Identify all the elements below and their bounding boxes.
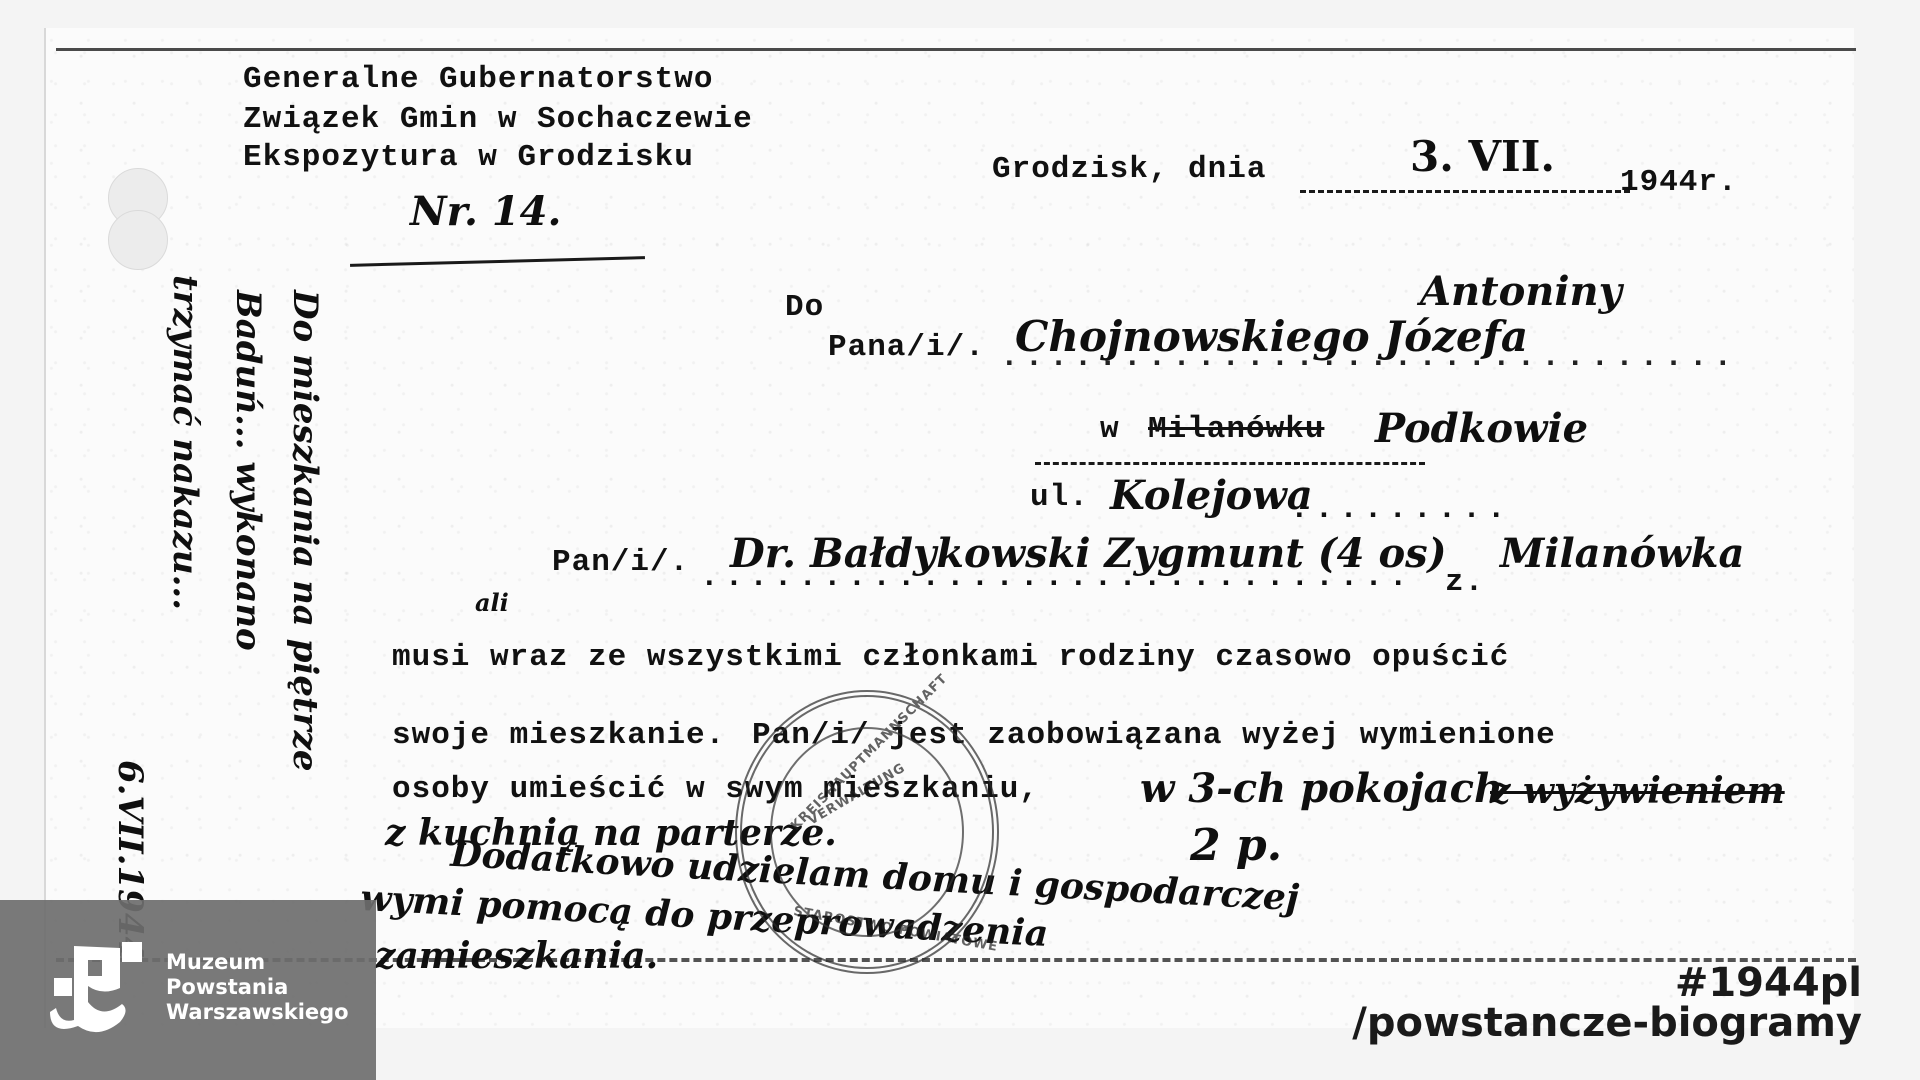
to-label: Do — [785, 290, 824, 325]
city-handwritten: Podkowie — [1375, 405, 1588, 452]
city-struck: Milanówku — [1148, 412, 1324, 447]
header-line-1: Generalne Gubernatorstwo — [243, 62, 713, 97]
addressee-name-correction: Antoniny — [1420, 268, 1622, 315]
body-pan-label: Pan/i/. — [552, 545, 689, 580]
place-label: Grodzisk, dnia — [992, 152, 1266, 187]
insert-above: ali — [475, 588, 509, 617]
date-handwritten: 3. VII. — [1410, 132, 1555, 181]
margin-note-1: Do mieszkania na piętrze — [285, 290, 325, 772]
body-line-2a: swoje mieszkanie. — [392, 718, 725, 753]
paper-top-edge — [56, 48, 1856, 51]
addressee-name: Chojnowskiego Józefa — [1015, 312, 1528, 361]
person-handwritten: Dr. Bałdykowski Zygmunt (4 os) — [730, 530, 1447, 577]
from-handwritten: Milanówka — [1500, 530, 1744, 577]
museum-name: Muzeum Powstania Warszawskiego — [166, 950, 349, 1025]
addressee-pan-label: Pana/i/. — [828, 330, 985, 365]
punch-hole — [108, 210, 168, 270]
museum-name-line-3: Warszawskiego — [166, 1000, 349, 1025]
street-handwritten: Kolejowa — [1110, 472, 1313, 519]
body-line-3-struck: z wyżywieniem — [1490, 770, 1785, 812]
document-number: Nr. 14. — [410, 188, 561, 235]
year-label: 1944r. — [1620, 165, 1738, 200]
city-line — [1035, 462, 1425, 465]
paper-left-edge — [44, 28, 46, 1028]
handwritten-line-4: zamieszkania. — [375, 935, 658, 977]
header-line-2: Związek Gmin w Sochaczewie — [243, 102, 753, 137]
date-line — [1300, 190, 1630, 193]
official-stamp: KREISHAUPTMANNSCHAFT VERWALTUNG STAROSTW… — [735, 690, 999, 974]
biograms-path-label: /powstancze-biogramy — [1352, 1000, 1862, 1046]
margin-note-2: Baduń... wykonano — [228, 290, 268, 651]
street-dotted-line: ......... — [1290, 492, 1511, 527]
kotwica-anchor-icon — [50, 940, 145, 1040]
margin-note-3: trzymać nakazu... — [165, 275, 205, 610]
handwritten-note: 2 p. — [1190, 820, 1282, 871]
body-line-1: musi wraz ze wszystkimi członkami rodzin… — [392, 640, 1509, 675]
city-prefix: w — [1100, 412, 1120, 447]
body-line-3-handwritten: w 3-ch pokojach — [1140, 765, 1503, 812]
museum-name-line-1: Muzeum — [166, 950, 349, 975]
street-prefix: ul. — [1030, 480, 1089, 515]
museum-name-line-2: Powstania — [166, 975, 349, 1000]
from-prefix: z. — [1445, 565, 1484, 600]
header-line-3: Ekspozytura w Grodzisku — [243, 140, 694, 175]
museum-logo-panel[interactable]: Muzeum Powstania Warszawskiego — [0, 900, 376, 1080]
